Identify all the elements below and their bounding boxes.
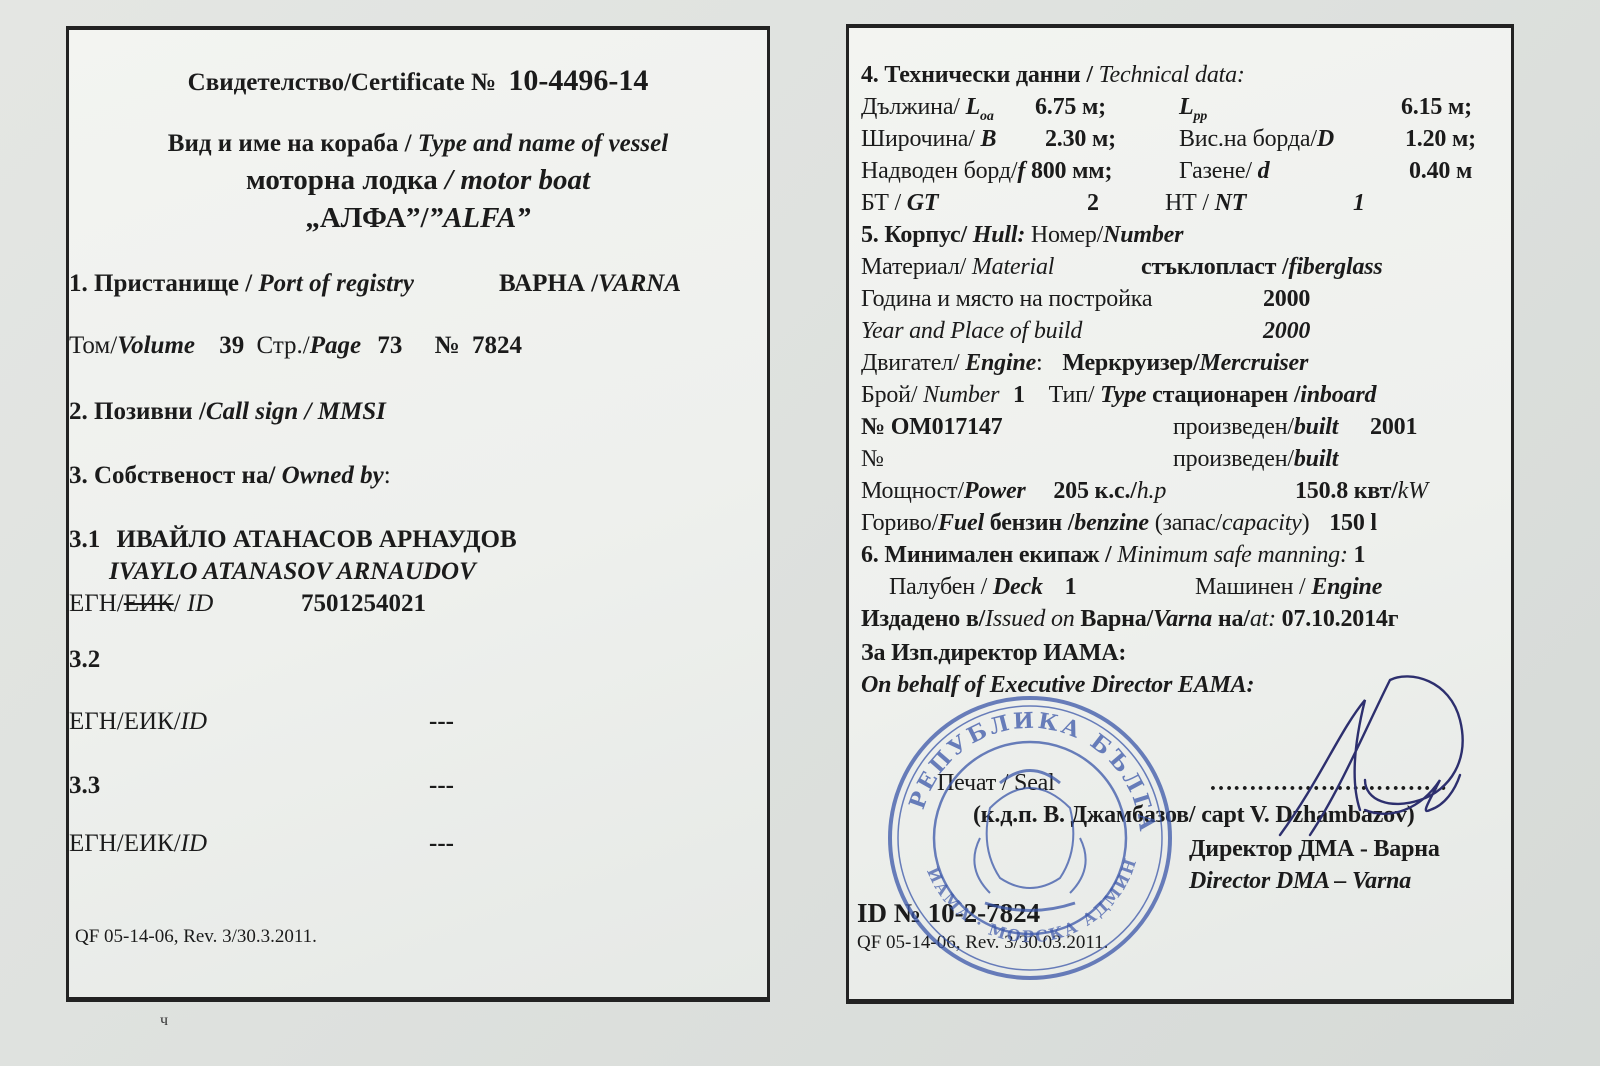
capacity-en: capacity xyxy=(1222,510,1302,536)
beam-symbol: B xyxy=(981,126,997,152)
deck-crew: Палубен / Deck 1 xyxy=(889,574,1076,601)
draft-label-text: Газене/ xyxy=(1179,158,1258,184)
year-label-en: Year and Place of build xyxy=(861,318,1082,345)
freeboard-label: Надводен борд/ xyxy=(861,158,1017,184)
lpp-label: Lpp xyxy=(1179,94,1207,125)
owned-by-bg: 3. Собственост на/ xyxy=(69,462,282,489)
owner-3-index: 3.3 xyxy=(69,772,100,800)
owned-by-colon: : xyxy=(384,462,391,489)
year-value-en: 2000 xyxy=(1263,318,1310,345)
loa-value: 6.75 м; xyxy=(1035,94,1106,121)
issued-on: Издадено в/Issued on Варна/Varna на/at: … xyxy=(861,606,1398,633)
owner-1-name-bg: 3.1 ИВАЙЛО АТАНАСОВ АРНАУДОВ xyxy=(69,526,517,554)
loa-subscript: oa xyxy=(980,109,994,124)
manning-heading: 6. Минимален екипаж / Minimum safe manni… xyxy=(861,542,1365,569)
issued-at-bg: на/ xyxy=(1212,606,1250,632)
id-label-en: ID xyxy=(187,590,213,617)
engine-serial: № OM017147 xyxy=(861,414,1002,441)
engine-power: Мощност/Power 205 к.с./h.p xyxy=(861,478,1166,505)
certificate-left-page: Свидетелство/Certificate № 10-4496-14 Ви… xyxy=(66,26,770,1002)
number-value: 7824 xyxy=(472,332,522,359)
serial-label: № xyxy=(861,414,891,440)
official-seal-icon: РЕПУБЛИКА БЪЛГАРИЯ ИАМА · МОРСКА АДМИНИС… xyxy=(880,688,1180,988)
port-label-en: Port of registry xyxy=(258,270,414,297)
engine-crew: Машинен / Engine xyxy=(1195,574,1382,601)
lpp-subscript: pp xyxy=(1193,109,1207,124)
freeboard: Надводен борд/f 800 мм; xyxy=(861,158,1112,185)
deck-value: 1 xyxy=(1065,574,1077,600)
owner-1-name-latin: IVAYLO ATANASOV ARNAUDOV xyxy=(109,558,476,586)
call-sign-bg: 2. Позивни / xyxy=(69,398,206,425)
built-2-label-en: built xyxy=(1294,446,1338,472)
certificate-title: Свидетелство/Certificate № 10-4496-14 xyxy=(69,64,767,98)
signature-icon xyxy=(1270,660,1500,840)
hull-heading-en: Hull: xyxy=(973,222,1025,248)
lpp-value: 6.15 м; xyxy=(1401,94,1472,121)
engine-type-value-en: inboard xyxy=(1300,382,1376,408)
year-label-bg: Година и място на постройка xyxy=(861,286,1152,313)
power-kw-unit: kW xyxy=(1398,478,1428,504)
volume-value: 39 xyxy=(219,332,244,359)
issued-label-bg: Издадено в/ xyxy=(861,606,985,632)
fuel-label-en: Fuel xyxy=(938,510,984,536)
vessel-name-en: ”ALFA” xyxy=(429,202,531,234)
engine-power-kw: 150.8 квт/kW xyxy=(1295,478,1428,505)
engine-type-en: Type xyxy=(1100,382,1146,408)
signatory-title-en: Director DMA – Varna xyxy=(1189,868,1411,895)
volume-label-bg: Том/ xyxy=(69,332,117,359)
serial-value: OM017147 xyxy=(891,414,1003,440)
depth-value: 1.20 м; xyxy=(1405,126,1476,153)
engine-colon: : xyxy=(1036,350,1042,376)
call-sign-en: Call sign / MMSI xyxy=(206,398,386,425)
id-label-egn: ЕГН/ xyxy=(69,590,124,617)
material-value-bg: стъклопласт / xyxy=(1141,254,1289,280)
beam-label: Широчина/ B xyxy=(861,126,996,153)
certificate-label: Свидетелство/Certificate № xyxy=(188,69,496,96)
capacity-close: ) xyxy=(1302,510,1310,536)
beam-value: 2.30 м; xyxy=(1045,126,1116,153)
engine-make: Двигател/ Engine: Меркруизер/Mercruiser xyxy=(861,350,1308,377)
page-mark: ч xyxy=(160,1012,168,1030)
engine-make-en: Mercruiser xyxy=(1199,350,1308,376)
engine-crew-label-en: Engine xyxy=(1311,574,1382,600)
manning-heading-bg: 6. Минимален екипаж / xyxy=(861,542,1117,568)
loa-label-text: Дължина/ xyxy=(861,94,966,120)
engine-built: произведен/built 2001 xyxy=(1173,414,1417,441)
material-value: стъклопласт /fiberglass xyxy=(1141,254,1383,281)
nt-value: 1 xyxy=(1353,190,1365,217)
engine-2-built: произведен/built xyxy=(1173,446,1338,473)
owner-1-index: 3.1 xyxy=(69,526,100,553)
owner-3-id-label: ЕГН/ЕИК/ xyxy=(69,830,181,857)
loa-symbol: L xyxy=(966,94,980,120)
year-value: 2000 xyxy=(1263,286,1310,313)
deck-label-en: Deck xyxy=(993,574,1043,600)
depth-label: Вис.на борда/D xyxy=(1179,126,1334,153)
engine-count-value: 1 xyxy=(1013,382,1025,408)
power-kw: 150.8 квт/ xyxy=(1295,478,1398,504)
manning-heading-en: Minimum safe manning: xyxy=(1117,542,1347,568)
lpp-symbol: L xyxy=(1179,94,1193,120)
owned-by: 3. Собственост на/ Owned by: xyxy=(69,462,391,490)
built-label-bg: произведен/ xyxy=(1173,414,1294,440)
technical-heading-bg: 4. Технически данни / xyxy=(861,62,1099,88)
vessel-type: моторна лодка / motor boat xyxy=(69,164,767,197)
issued-at-en: at: xyxy=(1250,606,1276,632)
nt-label-text: НТ / xyxy=(1165,190,1215,216)
call-sign: 2. Позивни /Call sign / MMSI xyxy=(69,398,386,426)
fuel-value-bg: бензин / xyxy=(984,510,1074,536)
port-value-en: VARNA xyxy=(598,270,681,297)
nt-symbol: NT xyxy=(1215,190,1247,216)
vessel-heading-en: Type and name of vessel xyxy=(418,130,668,157)
owner-3-id: ЕГН/ЕИК/ID xyxy=(69,830,207,858)
engine-label-en: Engine xyxy=(965,350,1036,376)
owner-1-id: ЕГН/ЕИК/ ID 7501254021 xyxy=(69,590,213,618)
on-behalf-bg: За Изп.директор ИАМА: xyxy=(861,640,1126,667)
built-2-label-bg: произведен/ xyxy=(1173,446,1294,472)
id-label-sep: / xyxy=(174,590,187,617)
gt-symbol: GT xyxy=(907,190,939,216)
deck-label-bg: Палубен / xyxy=(889,574,993,600)
number-label: № xyxy=(435,332,460,359)
gt-label: БТ / GT xyxy=(861,190,938,217)
material-label: Материал/ Material xyxy=(861,254,1054,281)
port-of-registry-value: ВАРНА /VARNA xyxy=(499,270,681,298)
material-label-bg: Материал/ xyxy=(861,254,972,280)
draft-label: Газене/ d xyxy=(1179,158,1269,185)
built-label-en: built xyxy=(1294,414,1338,440)
draft-symbol: d xyxy=(1258,158,1270,184)
page-label-en: Page xyxy=(310,332,361,359)
depth-symbol: D xyxy=(1317,126,1334,152)
built-year: 2001 xyxy=(1370,414,1417,440)
gt-value: 2 xyxy=(1087,190,1099,217)
material-label-en: Material xyxy=(972,254,1054,280)
register-entry: Том/Volume 39 Стр./Page 39 73 № 7824 xyxy=(69,332,522,360)
issued-date: 07.10.2014г xyxy=(1276,606,1399,632)
hull-number-en: Number xyxy=(1103,222,1183,248)
power-hp-unit: h.p xyxy=(1137,478,1166,504)
engine-label-bg: Двигател/ xyxy=(861,350,965,376)
beam-label-text: Широчина/ xyxy=(861,126,981,152)
freeboard-value: 800 мм; xyxy=(1025,158,1112,184)
loa-label: Дължина/ Loa xyxy=(861,94,994,125)
issued-place-en: Varna xyxy=(1153,606,1212,632)
owner-2-id-label-en: ID xyxy=(181,708,207,735)
owner-2-id: ЕГН/ЕИК/ID xyxy=(69,708,207,736)
power-label-en: Power xyxy=(964,478,1026,504)
hull-number-bg: Номер/ xyxy=(1025,222,1103,248)
volume-label-en: Volume xyxy=(117,332,195,359)
engine-count-bg: Брой/ xyxy=(861,382,923,408)
certificate-number: 10-4496-14 xyxy=(508,64,648,97)
engine-crew-label-bg: Машинен / xyxy=(1195,574,1311,600)
hull-heading-bg: 5. Корпус/ xyxy=(861,222,973,248)
owner-1-name-cyrillic: ИВАЙЛО АТАНАСОВ АРНАУДОВ xyxy=(117,526,517,553)
vessel-name: „АЛФА”/”ALFA” xyxy=(69,202,767,235)
owned-by-en: Owned by xyxy=(282,462,384,489)
vessel-type-bg: моторна лодка xyxy=(246,164,445,196)
owner-2-id-value: --- xyxy=(429,708,454,736)
capacity-open: (запас/ xyxy=(1149,510,1222,536)
hull-heading: 5. Корпус/ Hull: Номер/Number xyxy=(861,222,1183,249)
owner-2-index: 3.2 xyxy=(69,646,100,674)
engine-type-bg: Тип/ xyxy=(1049,382,1100,408)
freeboard-symbol: f xyxy=(1017,158,1025,184)
port-value-bg: ВАРНА / xyxy=(499,270,598,297)
vessel-name-bg: „АЛФА”/ xyxy=(305,202,428,234)
page-label-bg: Стр./ xyxy=(256,332,309,359)
gt-label-text: БТ / xyxy=(861,190,907,216)
power-hp: 205 к.с./ xyxy=(1053,478,1136,504)
engine-count-en: Number xyxy=(923,382,999,408)
owner-3-id-label-en: ID xyxy=(181,830,207,857)
issued-label-en: Issued on xyxy=(985,606,1075,632)
technical-heading-en: Technical data: xyxy=(1099,62,1245,88)
technical-data-heading: 4. Технически данни / Technical data: xyxy=(861,62,1245,89)
issued-place-bg: Варна/ xyxy=(1075,606,1153,632)
draft-value: 0.40 м xyxy=(1409,158,1472,185)
form-code: QF 05-14-06, Rev. 3/30.3.2011. xyxy=(75,926,317,948)
fuel-label-bg: Гориво/ xyxy=(861,510,938,536)
material-value-en: fiberglass xyxy=(1289,254,1383,280)
engine-2-serial-label: № xyxy=(861,446,884,473)
port-of-registry-label: 1. Пристанище / Port of registry xyxy=(69,270,414,298)
vessel-type-en: / motor boat xyxy=(445,164,590,196)
owner-3-id-value: --- xyxy=(429,830,454,858)
vessel-heading: Вид и име на кораба / Type and name of v… xyxy=(69,130,767,158)
signatory-title-bg: Директор ДМА - Варна xyxy=(1189,836,1440,863)
depth-label-text: Вис.на борда/ xyxy=(1179,126,1317,152)
page-value: 73 xyxy=(377,332,402,359)
fuel: Гориво/Fuel бензин /benzine (запас/capac… xyxy=(861,510,1377,537)
owner-1-id-value: 7501254021 xyxy=(301,590,426,618)
nt-label: НТ / NT xyxy=(1165,190,1246,217)
owner-2-id-label: ЕГН/ЕИК/ xyxy=(69,708,181,735)
port-label-bg: 1. Пристанище / xyxy=(69,270,258,297)
engine-count-type: Брой/ Number 1 Тип/ Type стационарен /in… xyxy=(861,382,1376,409)
vessel-heading-bg: Вид и име на кораба / xyxy=(168,130,418,157)
manning-total: 1 xyxy=(1348,542,1366,568)
id-label-eik-struck: ЕИК xyxy=(124,590,174,617)
fuel-value-en: benzine xyxy=(1074,510,1149,536)
owner-3-value: --- xyxy=(429,772,454,800)
engine-make-bg: Меркруизер/ xyxy=(1062,350,1199,376)
engine-type-value-bg: стационарен / xyxy=(1146,382,1300,408)
power-label-bg: Мощност/ xyxy=(861,478,964,504)
capacity-value: 150 l xyxy=(1329,510,1377,536)
